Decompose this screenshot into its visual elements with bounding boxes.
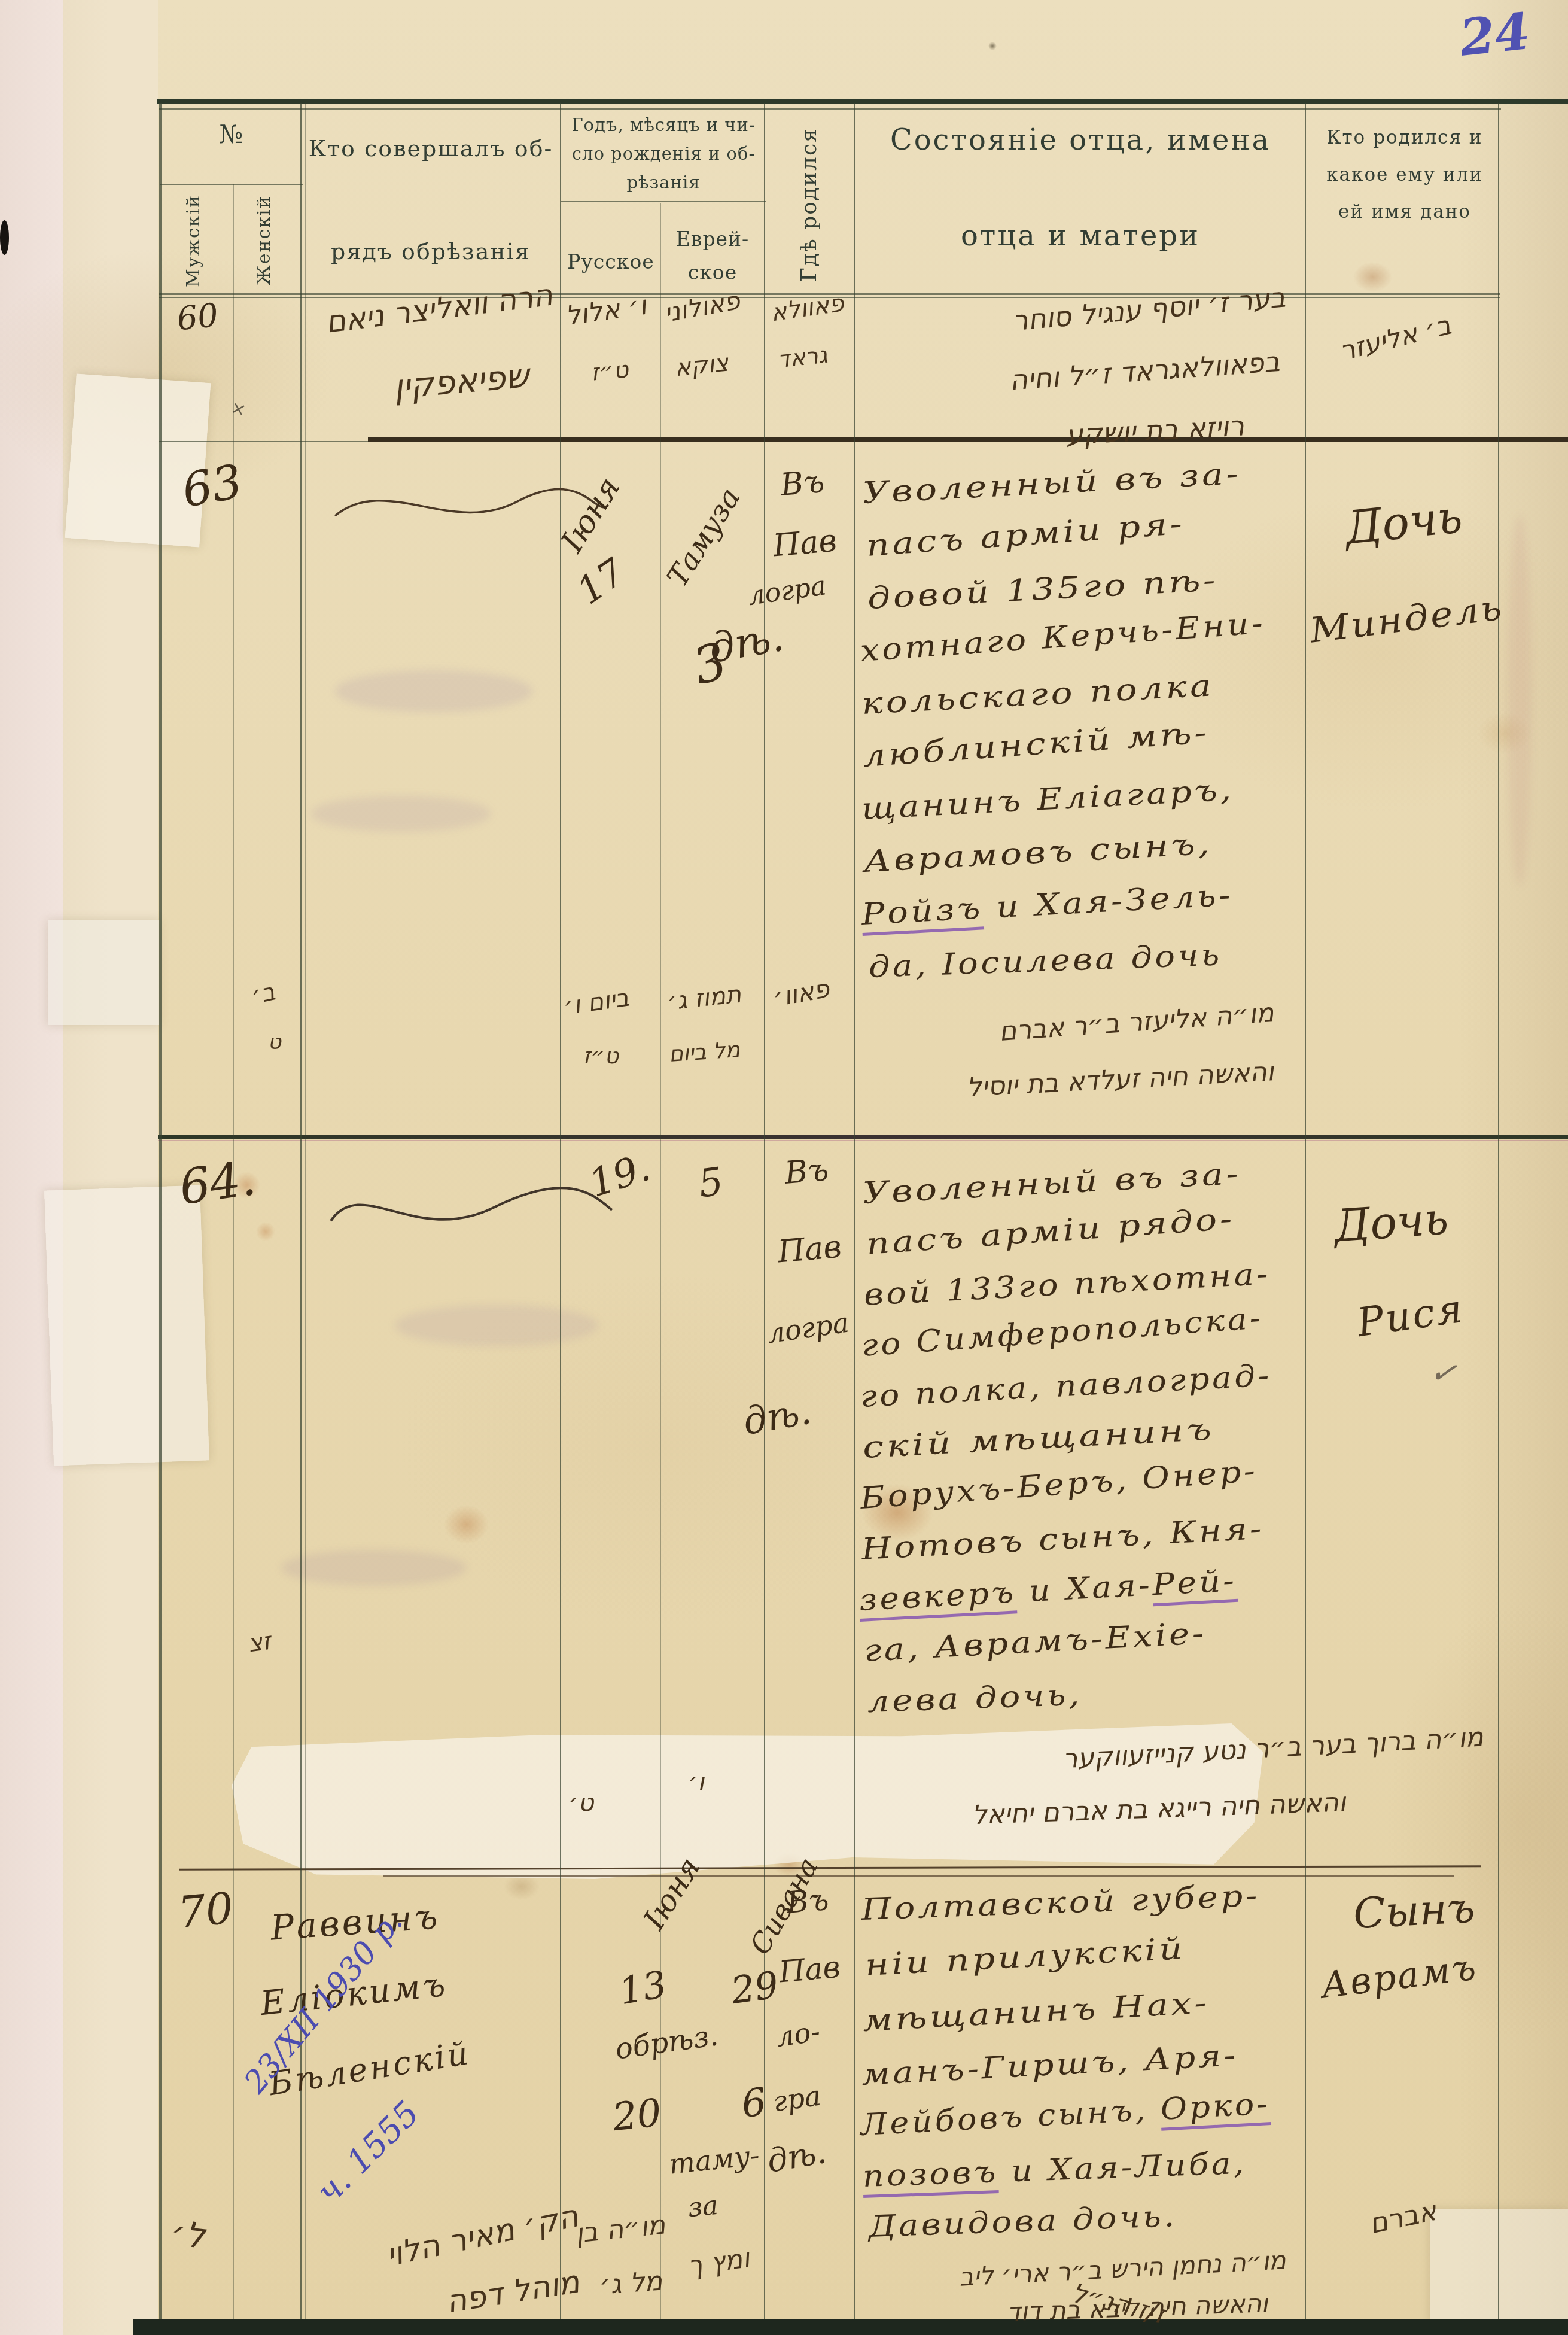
row63-heavy-line — [158, 1135, 1568, 1139]
tape-patch — [44, 1185, 209, 1466]
entry70-father-line2: ніи прилукскій — [864, 1931, 1186, 1983]
header-male: Мужскій — [183, 189, 204, 292]
entry63-father-line9: Ройзъ и Хая-Зель- — [860, 878, 1234, 932]
entry63-father-line8: Аврамовъ сынъ, — [863, 826, 1213, 879]
header-date-line2: сло рожденія и об- — [561, 144, 766, 164]
entry63-father-hebrew-line2: והאשה חיה זעלדא בת יוסיל — [891, 1056, 1275, 1106]
entry70-hebrew-month2-l1: таму- — [668, 2139, 761, 2181]
table-line — [159, 108, 1501, 110]
entry70-child-name: Аврамъ — [1319, 1946, 1480, 2006]
header-date-russian: Русское — [561, 250, 660, 273]
archival-stamp-number: ч. 1555 — [309, 2094, 427, 2212]
header-female: Женскій — [254, 189, 275, 292]
entry63-russian-day: 17 — [569, 550, 633, 613]
bleedthrough-mark — [311, 796, 491, 832]
entry64-date-hebrew2: ו׳ — [688, 1768, 705, 1796]
entry60-birthplace-hebrew2: גראד — [777, 342, 829, 373]
bleedthrough-mark — [281, 1550, 467, 1586]
signature-date-hebrew2: מל ג׳ — [598, 2266, 663, 2300]
entry60-performer-hebrew-line2: שפיאפקין — [301, 357, 531, 415]
table-top-band — [157, 99, 1568, 104]
entry63-birthplace-l2: Пав — [772, 522, 838, 564]
table-left-border — [159, 103, 162, 2319]
header-date-hebrew-line1: Еврей- — [660, 227, 765, 251]
entry64-child-sex: Дочь — [1332, 1193, 1450, 1252]
header-date-line3: рѣзанія — [561, 172, 766, 193]
entry60-russian-date-hebrew1: ו׳ אלול — [564, 290, 648, 332]
tape-patch — [65, 373, 211, 547]
entry64-pencil-check: ✓ — [1427, 1352, 1460, 1394]
entry63-father-line3: довой 135го пѣ- — [866, 563, 1219, 616]
entry70-margin-mark: ל׳ — [169, 2212, 208, 2257]
stain — [988, 42, 997, 50]
entry70-father-line5-start: Лейбовъ сынъ, — [859, 2092, 1161, 2142]
entry63-russian-hebrew2: ט״ז — [583, 1044, 619, 1069]
header-father-line2: отца и матери — [855, 219, 1305, 253]
entry64-father-line9-mid: и Хая- — [1015, 1567, 1153, 1609]
entry70-birthplace-l2: Пав — [778, 1950, 842, 1990]
entry63-father-line2: пасъ арміи ря- — [865, 506, 1186, 563]
stain — [444, 1505, 489, 1544]
entry70-father-line7: Давидова дочь. — [868, 2199, 1177, 2244]
tape-patch — [48, 920, 159, 1025]
binding-hole — [0, 220, 9, 255]
underlined-father-surname-part2: позовъ — [862, 2154, 999, 2198]
entry63-russian-hebrew1: ביום ו׳ — [562, 984, 631, 1021]
entry63-margin-mark1: ב׳ — [249, 978, 278, 1010]
entry63-father-line1: Уволенный въ за- — [861, 456, 1241, 510]
underlined-father-surname: зевкеръ — [858, 1574, 1017, 1622]
header-performer-line2: рядъ обрѣзанія — [302, 238, 559, 264]
page-number: 24 — [1457, 1, 1533, 68]
underlined-mother-name: Ройзъ — [860, 890, 984, 936]
table-line — [1310, 103, 1310, 2319]
signature-date-hebrew1: מו״ה בן — [574, 2209, 667, 2249]
entry63-birthplace-l1: Въ — [780, 464, 826, 503]
entry60-father-hebrew-line2: בפאוולאגראד ז״ל וחיה — [885, 345, 1281, 405]
entry70-russian-day: 13 — [616, 1962, 669, 2014]
entry64-russian-day: 19. — [584, 1145, 656, 1206]
entry70-father-line4: манъ-Гиршъ, Аря- — [860, 2038, 1238, 2092]
entry64-father-line7: Борухъ-Беръ, Онер- — [859, 1454, 1259, 1516]
entry63-father-line4: хотнаго Керчь-Ени- — [859, 606, 1266, 668]
table-right-border — [1498, 103, 1499, 2319]
entry63-number: 63 — [178, 455, 246, 518]
bleedthrough-mark — [395, 1305, 598, 1346]
entry60-hebrew-date1: פאולוני — [662, 285, 742, 327]
signature-date-hebrew3: ומץ ך — [686, 2243, 751, 2282]
entry64-date-hebrew1: ט׳ — [568, 1789, 594, 1817]
entry60-number: 60 — [175, 296, 220, 338]
entry63-birthplace-l3: логра — [746, 570, 828, 612]
header-performer-line1: Кто совершалъ об- — [302, 135, 559, 162]
entry70-circumcision-day: 20 — [610, 2091, 663, 2140]
header-date-hebrew-line2: ское — [660, 261, 765, 284]
entry70-circumcision-label: обрѣз. — [613, 2018, 720, 2066]
entry60-performer-hebrew-line1: הרה וואליצר ניאם — [271, 278, 555, 346]
page-bottom-band — [133, 2319, 1568, 2335]
header-birthplace: Гдѣ родился — [797, 117, 821, 292]
entry64-father-line11: лева дочь, — [867, 1677, 1083, 1719]
entry60-father-hebrew-line1: בער ז׳ יוסף ענגיל סוחר — [867, 281, 1287, 350]
entry70-number: 70 — [176, 1883, 236, 1938]
entry70-father-line6-rest: и Хая-Либа, — [998, 2146, 1247, 2189]
entry70-hebrew-circ-day: 6 — [739, 2080, 768, 2127]
header-father-line1: Состояніе отца, имена — [855, 123, 1305, 157]
entry64-father-line10: га, Аврамъ-Ехіе- — [863, 1616, 1207, 1668]
page-left-margin — [63, 0, 158, 2335]
stain — [1353, 262, 1392, 292]
stain — [1478, 712, 1532, 754]
table-line — [1305, 103, 1306, 2319]
entry64-margin-mark: זצ — [246, 1628, 273, 1658]
pencil-row-line2 — [383, 1875, 1454, 1877]
entry70-birthplace-l4: гра — [771, 2079, 823, 2118]
entry64-father-line8: Нотовъ сынъ, Кня- — [860, 1511, 1265, 1567]
bleedthrough-mark — [1508, 515, 1532, 886]
entry63-margin-mark2: ט — [268, 1030, 281, 1054]
entry70-father-line1: Полтавской губер- — [861, 1878, 1261, 1927]
entry63-father-line10: да, Іосилева дочь — [868, 937, 1223, 984]
entry70-father-line5: Лейбовъ сынъ, Орко- — [859, 2086, 1271, 2142]
entry63-birthplace-hebrew: פאוו׳ — [771, 974, 832, 1013]
entry63-birthplace-l4: дѣ. — [705, 613, 787, 673]
entry63-child-sex: Дочь — [1342, 490, 1465, 555]
adjacent-page-edge — [0, 0, 63, 2335]
entry63-father-line6: люблинскій мѣ- — [861, 715, 1210, 774]
header-name-line1: Кто родился и — [1310, 127, 1499, 148]
entry70-birthplace-l3: ло- — [775, 2015, 822, 2053]
entry70-hebrew-day: 29 — [728, 1963, 781, 2012]
entry64-father-line5: го полка, павлоград- — [859, 1358, 1272, 1414]
entry64-father-line1: Уволенный въ за- — [861, 1156, 1241, 1211]
entry70-father-line3: мѣщанинъ Нах- — [861, 1986, 1210, 2038]
header-col3-divider — [561, 201, 766, 202]
entry63-child-name: Миндель — [1308, 587, 1506, 651]
underlined-father-surname-part1: Орко- — [1159, 2086, 1271, 2131]
header-no: № — [160, 120, 303, 149]
entry63-hebrew-date-note1: תמוז ג׳ — [666, 981, 742, 1016]
header-name-line3: ей имя дано — [1310, 201, 1499, 223]
entry64-birthplace-l3: логра — [765, 1306, 851, 1350]
header-date-line1: Годъ, мѣсяцъ и чи- — [561, 115, 766, 135]
entry70-birthplace-l5: дѣ. — [764, 2133, 829, 2180]
entry64-father-line2: пасъ арміи рядо- — [865, 1201, 1236, 1261]
entry70-child-sex: Сынъ — [1352, 1883, 1476, 1939]
entry64-birthplace-l1: Въ — [784, 1152, 830, 1191]
entry64-father-line6: скій мѣщанинъ — [861, 1412, 1215, 1465]
stain — [256, 1222, 275, 1241]
entry63-hebrew-month: Тамуза — [660, 482, 747, 593]
entry64-hebrew-day: 5 — [696, 1160, 726, 1207]
entry64-father-line9: зевкеръ и Хая-Рей- — [858, 1563, 1237, 1618]
entry63-father-line5: кольскаго полка — [860, 668, 1214, 721]
entry60-russian-date-hebrew2: ט״ז — [590, 356, 629, 385]
row63-line-tint — [158, 1140, 1568, 1141]
entry63-hebrew-date-note2: מל ביום — [668, 1038, 741, 1067]
entry70-hebrew-month2-l2: за — [687, 2190, 719, 2223]
entry63-father-line9-rest: и Хая-Зель- — [982, 878, 1234, 926]
entry64-father-line4: го Симферопольска- — [860, 1300, 1265, 1363]
entry64-birthplace-l4: дѣ. — [740, 1389, 815, 1444]
entry60-father-hebrew-line3: רויזא בת יושקע — [933, 409, 1245, 458]
entry70-child-name-hebrew: אברם — [1366, 2194, 1440, 2240]
entry64-number: 64. — [176, 1150, 259, 1216]
no-performer-dash — [326, 1173, 619, 1251]
underlined-mother-name: Рей- — [1152, 1563, 1238, 1606]
entry60-margin-check: × — [229, 397, 248, 421]
entry60-child-name-hebrew: ב׳ אליעזר — [1337, 310, 1454, 367]
entry63-father-hebrew-line1: מו״ה אליעזר ב״ר אברם — [879, 998, 1275, 1056]
entry60-birthplace-hebrew1: פאוולא — [769, 290, 845, 327]
header-name-line2: какое ему или — [1310, 164, 1499, 186]
bleedthrough-mark — [335, 670, 532, 712]
entry63-father-line7: щанинъ Еліагаръ, — [860, 772, 1234, 826]
scanned-register-page: № Мужскій Женскій Кто совершалъ об- рядъ… — [0, 0, 1568, 2335]
entry64-child-name: Рися — [1354, 1285, 1467, 1346]
table-line — [854, 103, 855, 2319]
table-line — [166, 103, 166, 2319]
entry60-hebrew-date2: צוקא — [674, 349, 730, 382]
entry70-birthplace-l1: Въ — [785, 1882, 830, 1920]
entry64-birthplace-l2: Пав — [777, 1229, 843, 1270]
entry70-father-line6: позовъ и Хая-Либа, — [862, 2146, 1247, 2194]
header-col1-divider — [160, 184, 303, 185]
